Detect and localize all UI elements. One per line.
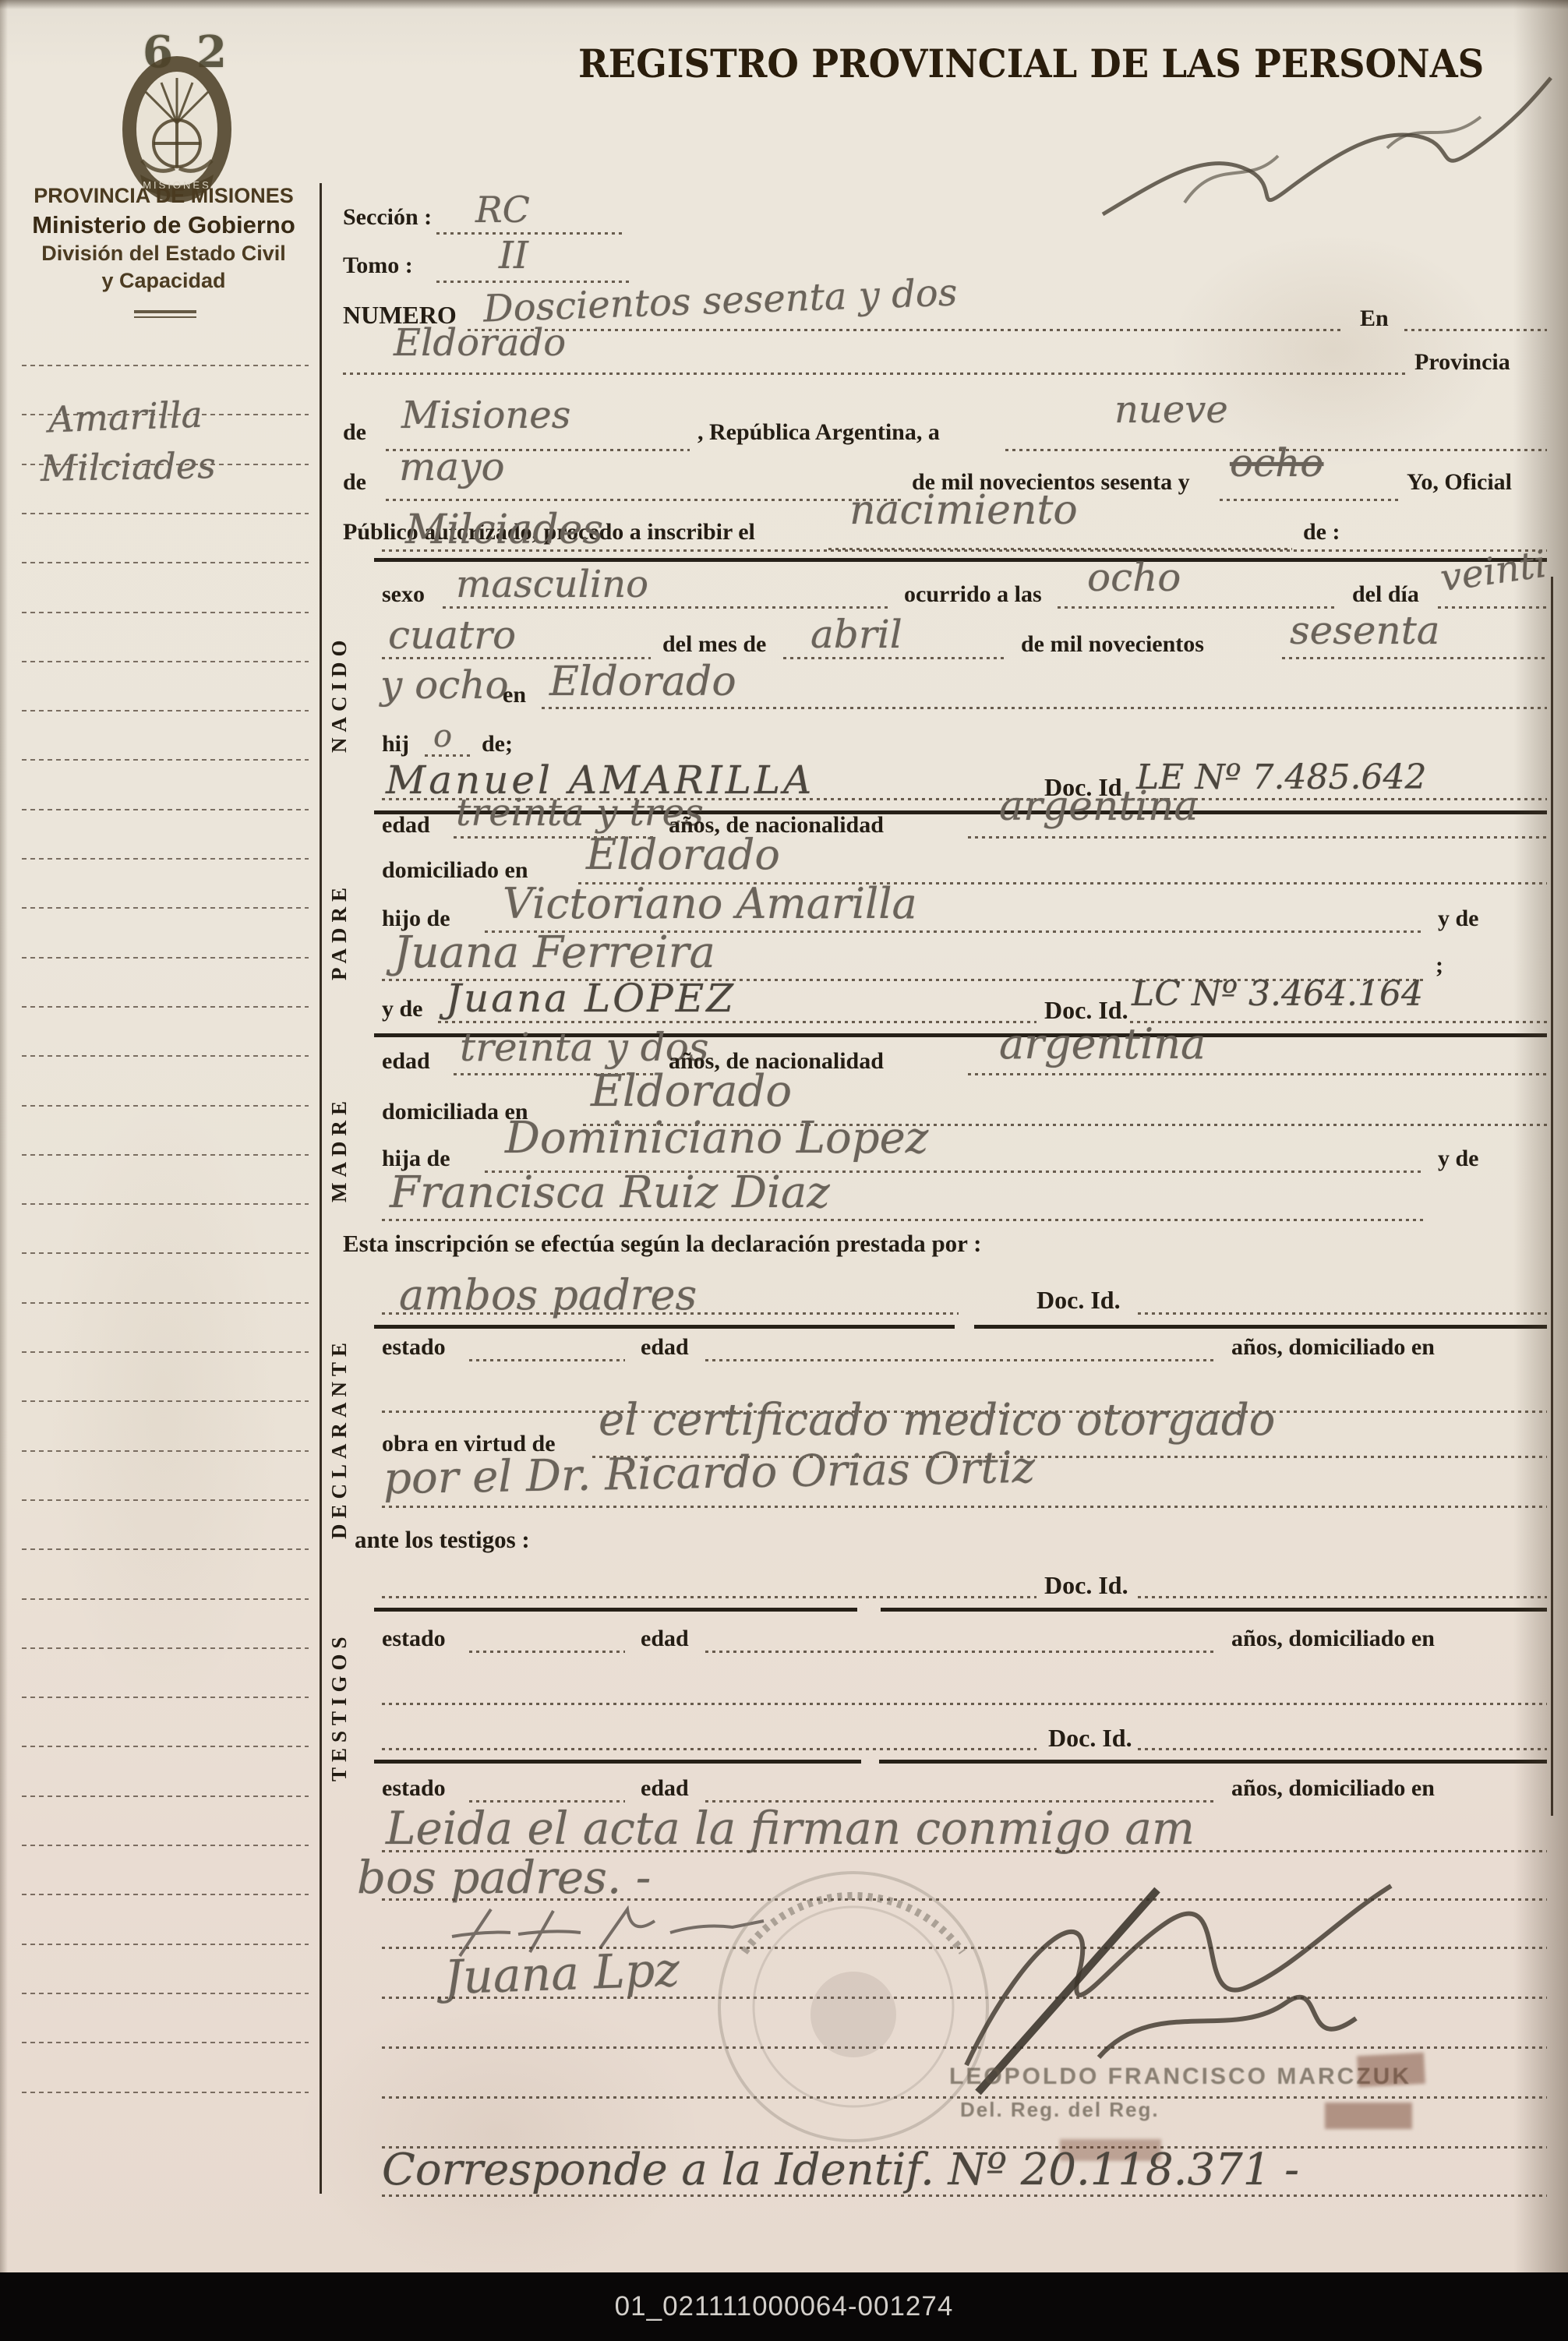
sidebar-divider <box>134 310 196 318</box>
testigo1-rule-b <box>881 1608 1547 1612</box>
testigo1-estado-blank <box>469 1651 625 1653</box>
declaracion-docid-blank <box>1138 1312 1547 1315</box>
margin-ruled-line <box>22 1746 309 1747</box>
dia-value-2: cuatro <box>388 613 516 658</box>
margin-ruled-line <box>22 365 309 366</box>
margin-ruled-line <box>22 1894 309 1895</box>
identif-note: Corresponde a la Identif. Nº 20.118.371 … <box>382 2145 1299 2195</box>
margin-ruled-line <box>22 2042 309 2043</box>
declaracion-docid-label: Doc. Id. <box>1037 1286 1121 1315</box>
official-title-stamp: Del. Reg. del Reg. <box>960 2098 1160 2122</box>
year-value: ocho <box>1230 440 1323 486</box>
declarante-edad-blank <box>705 1359 1216 1361</box>
scan-edge-shadow-left <box>0 0 8 2272</box>
anio-blank <box>1282 657 1547 659</box>
section-label-declarante: DECLARANTE <box>327 1317 355 1559</box>
inscripto-blank <box>382 549 1547 552</box>
testigo2-nombre-blank <box>382 1748 1037 1750</box>
padre-nacionalidad-value: argentina <box>999 783 1198 830</box>
sexo-label: sexo <box>382 581 425 608</box>
official-name-stamp: LEOPOLDO FRANCISCO MARCZUK <box>949 2064 1411 2090</box>
testigo1-edad-blank <box>705 1651 1216 1653</box>
margin-ruled-line <box>22 1055 309 1057</box>
margin-ruled-line <box>22 1203 309 1205</box>
place-value: Eldorado <box>394 321 566 365</box>
seccion-label: Sección : <box>343 204 432 231</box>
province-value: Misiones <box>401 394 570 437</box>
obra-blank-2 <box>382 1506 1547 1508</box>
margin-ruled-line <box>22 1400 309 1402</box>
madre-abuela-blank <box>382 1219 1426 1221</box>
de3-label: de : <box>1303 519 1340 546</box>
sidebar-org-province: PROVINCIA DE MISIONES <box>16 184 312 208</box>
madre-nombre-blank <box>438 1021 1037 1023</box>
sidebar-org-capacity: y Capacidad <box>16 269 312 293</box>
margin-ruled-line <box>22 1598 309 1600</box>
declarante-edad-label: edad <box>641 1334 689 1361</box>
margin-ruled-line <box>22 1944 309 1945</box>
margin-ruled-line <box>22 1154 309 1156</box>
sidebar-org-division: División del Estado Civil <box>16 242 312 266</box>
inscripto-name: Milciades <box>405 507 603 553</box>
margin-ruled-line <box>22 809 309 810</box>
hijo-sufijo: o <box>433 719 452 754</box>
margin-ruled-line <box>22 1450 309 1452</box>
de2-label: de <box>343 469 366 496</box>
ocurrido-label: ocurrido a las <box>904 581 1042 608</box>
place-blank <box>343 373 1407 375</box>
section-label-padre: PADRE <box>327 838 355 1025</box>
margin-ruled-line <box>22 513 309 514</box>
padre-nac-blank <box>968 836 1547 839</box>
margin-ruled-line <box>22 858 309 860</box>
hora-value: ocho <box>1087 555 1181 600</box>
margin-ruled-line <box>22 1647 309 1649</box>
margin-ruled-line <box>22 759 309 761</box>
madre-nac-blank <box>968 1073 1547 1075</box>
margin-ruled-line <box>22 1302 309 1304</box>
madre-edad-label: edad <box>382 1048 430 1075</box>
margin-ruled-line <box>22 661 309 662</box>
scanned-birth-certificate: 62 REGISTRO PROVINCIAL DE LAS PERSONAS M… <box>0 0 1568 2341</box>
section-rule-declarante-b <box>974 1325 1547 1329</box>
testigo1-dom-blank <box>382 1703 1547 1705</box>
margin-ruled-line <box>22 957 309 959</box>
margin-ruled-line <box>22 1499 309 1501</box>
padre-punto-label: ; <box>1436 952 1443 979</box>
mes-value: abril <box>810 612 902 657</box>
margin-ruled-line <box>22 1993 309 1994</box>
hijo-sufijo-blank <box>425 754 471 757</box>
top-right-signature <box>1091 55 1559 242</box>
padre-yde-label: y de <box>1438 906 1479 932</box>
margin-ruled-line <box>22 562 309 563</box>
testigo1-estado-label: estado <box>382 1626 446 1652</box>
obra-value-1: el certificado medico otorgado <box>599 1395 1275 1446</box>
yo-label: Yo, Oficial <box>1407 469 1512 496</box>
declarante-estado-blank <box>469 1359 625 1361</box>
testigo2-rule-b <box>879 1760 1547 1764</box>
republica-label: , República Argentina, a <box>697 419 940 446</box>
anio-value-2: y ocho <box>380 662 509 708</box>
tomo-label: Tomo : <box>343 252 413 279</box>
madre-nombre-value: Juana LOPEZ <box>446 976 736 1021</box>
padre-abuela-value: Juana Ferreira <box>394 927 715 978</box>
padre-yde2-label: y de <box>382 996 423 1022</box>
testigo1-docid-label: Doc. Id. <box>1044 1571 1128 1600</box>
sexo-value: masculino <box>456 563 648 606</box>
margin-ruled-line <box>22 1548 309 1550</box>
seccion-value: RC <box>475 189 530 231</box>
testigo2-estado-label: estado <box>382 1775 446 1802</box>
margin-ruled-line <box>22 907 309 909</box>
ink-smudge <box>1357 2053 1425 2087</box>
year-blank <box>1220 499 1399 501</box>
acta-line-2: bos padres. - <box>357 1851 651 1904</box>
acto-value: nacimiento <box>849 487 1078 534</box>
hijo-label: hij <box>382 731 409 757</box>
padre-edad-label: edad <box>382 812 430 839</box>
margin-ruled-line <box>22 1252 309 1254</box>
margin-ruled-line <box>22 1845 309 1846</box>
margin-note-surname: Amarilla <box>48 394 203 441</box>
closing-line-8 <box>382 2194 1547 2197</box>
margin-ruled-line <box>22 1697 309 1698</box>
section-label-testigos: TESTIGOS <box>327 1598 355 1816</box>
sexo-blank <box>443 606 891 609</box>
margin-ruled-line <box>22 1006 309 1008</box>
section-label-madre: MADRE <box>327 1060 355 1239</box>
declarado-blank <box>382 1312 959 1315</box>
sidebar-org-ministry: Ministerio de Gobierno <box>16 211 312 239</box>
testigo1-nombre-blank <box>382 1596 1037 1598</box>
lugar-blank <box>542 707 1547 709</box>
anio-label: de mil novecientos <box>1021 631 1204 658</box>
anio-value-1: sesenta <box>1290 608 1440 653</box>
madre-abuela-value: Francisca Ruiz Diaz <box>390 1167 830 1218</box>
day-value: nueve <box>1114 388 1228 432</box>
testigo1-dom-label: años, domiciliado en <box>1231 1626 1435 1652</box>
testigo2-rule-a <box>374 1760 861 1764</box>
madre-abuelo-value: Dominiciano Lopez <box>505 1113 928 1163</box>
en-label: En <box>1360 305 1389 332</box>
mes-label: del mes de <box>662 631 766 658</box>
testigo2-edad-label: edad <box>641 1775 689 1802</box>
dia-label: del día <box>1352 581 1419 608</box>
tomo-value: II <box>499 234 528 277</box>
testigo1-docid-blank <box>1138 1596 1547 1598</box>
declarante-dom-label: años, domiciliado en <box>1231 1334 1435 1361</box>
declarante-estado-label: estado <box>382 1334 446 1361</box>
testigo2-docid-blank <box>1138 1748 1547 1750</box>
testigo1-rule-a <box>374 1608 857 1612</box>
padre-abuelo-value: Victoriano Amarilla <box>503 879 917 928</box>
month-blank <box>386 499 904 501</box>
form-left-rule <box>320 183 322 2194</box>
de-label: de <box>343 419 366 446</box>
seccion-blank <box>436 232 623 235</box>
madre-domicilio-value: Eldorado <box>591 1066 792 1117</box>
testigo2-dom-label: años, domiciliado en <box>1231 1775 1435 1802</box>
provincia-label: Provincia <box>1414 349 1510 376</box>
mes-blank <box>783 657 1005 659</box>
section-rule-declarante-a <box>374 1325 955 1329</box>
en2-label: en <box>503 682 526 708</box>
month-value: mayo <box>399 444 505 489</box>
margin-ruled-line <box>22 710 309 711</box>
padre-edad-value: treinta y tres <box>456 791 704 835</box>
margin-ruled-line <box>22 2092 309 2093</box>
padre-docid-value: LC Nº 3.464.164 <box>1132 974 1423 1014</box>
scan-edge-shadow-right <box>1513 0 1568 2272</box>
ante-testigos-label: ante los testigos : <box>355 1526 530 1554</box>
declaracion-printed: Esta inscripción se efectúa según la dec… <box>343 1230 981 1258</box>
margin-note-givenname: Milciades <box>41 444 217 489</box>
margin-ruled-line <box>22 1105 309 1107</box>
testigo1-edad-label: edad <box>641 1626 689 1652</box>
margin-ruled-line <box>22 612 309 613</box>
scan-edge-shadow-top <box>0 0 1568 9</box>
acta-line-1: Leida el acta la firman conmigo am <box>386 1802 1195 1855</box>
lugar-value: Eldorado <box>549 659 736 705</box>
section-rule-nacido <box>374 558 1547 562</box>
madre-nacionalidad-value: argentina <box>999 1019 1206 1068</box>
margin-ruled-line <box>22 1351 309 1353</box>
scan-footer-bar: 01_021111000064-001274 <box>0 2272 1568 2341</box>
section-label-nacido: NACIDO <box>327 604 355 783</box>
madre-yde-label: y de <box>1438 1146 1479 1172</box>
padre-domicilio-value: Eldorado <box>586 830 780 879</box>
hijo-de-label: de; <box>482 731 513 757</box>
testigo2-docid-label: Doc. Id. <box>1048 1724 1132 1753</box>
margin-ruled-line <box>22 1795 309 1797</box>
scan-reference-code: 01_021111000064-001274 <box>615 2291 954 2322</box>
numero-blank <box>468 329 1340 331</box>
ink-smudge <box>1325 2103 1412 2129</box>
